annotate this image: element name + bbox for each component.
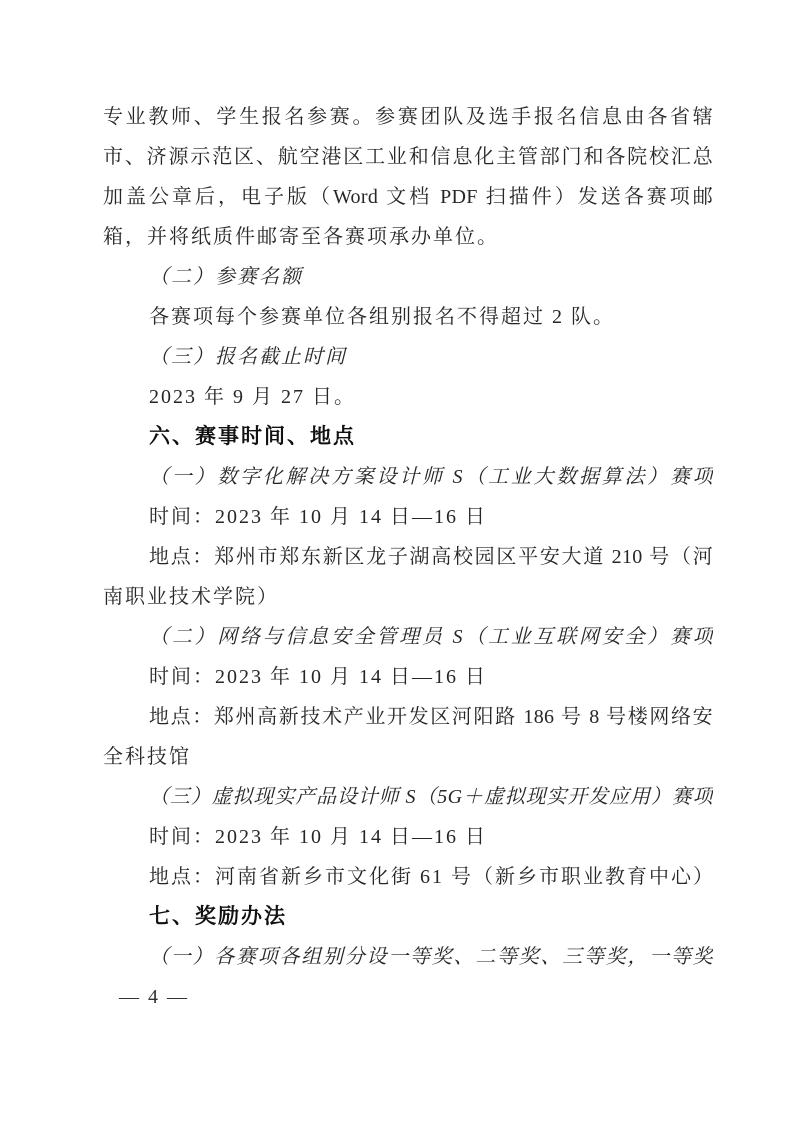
text-line: （三）虚拟现实产品设计师 S（5G＋虚拟现实开发应用）赛项 <box>103 777 713 817</box>
document-page: 专业教师、学生报名参赛。参赛团队及选手报名信息由各省辖市、济源示范区、航空港区工… <box>0 0 800 1131</box>
text-line: （三）报名截止时间 <box>103 337 713 377</box>
text-line: （二）网络与信息安全管理员 S（工业互联网安全）赛项 <box>103 617 713 657</box>
text-line: （二）参赛名额 <box>103 257 713 297</box>
text-line: 时间：2023 年 10 月 14 日—16 日 <box>103 497 713 537</box>
text-line: 时间：2023 年 10 月 14 日—16 日 <box>103 817 713 857</box>
text-line: 全科技馆 <box>103 737 713 777</box>
text-line: 六、赛事时间、地点 <box>103 417 713 457</box>
document-body: 专业教师、学生报名参赛。参赛团队及选手报名信息由各省辖市、济源示范区、航空港区工… <box>103 97 713 977</box>
text-line: 地点：郑州高新技术产业开发区河阳路 186 号 8 号楼网络安 <box>103 697 713 737</box>
text-line: （一）各赛项各组别分设一等奖、二等奖、三等奖，一等奖 <box>103 937 713 977</box>
text-line: 箱，并将纸质件邮寄至各赛项承办单位。 <box>103 217 713 257</box>
text-line: 市、济源示范区、航空港区工业和信息化主管部门和各院校汇总 <box>103 137 713 177</box>
text-line: 南职业技术学院） <box>103 577 713 617</box>
text-line: 时间：2023 年 10 月 14 日—16 日 <box>103 657 713 697</box>
text-line: 地点：河南省新乡市文化街 61 号（新乡市职业教育中心） <box>103 857 713 897</box>
page-number: — 4 — <box>119 977 713 1017</box>
text-line: 2023 年 9 月 27 日。 <box>103 377 713 417</box>
text-line: 专业教师、学生报名参赛。参赛团队及选手报名信息由各省辖 <box>103 97 713 137</box>
text-line: 加盖公章后，电子版（Word 文档 PDF 扫描件）发送各赛项邮 <box>103 177 713 217</box>
page-footer: — 4 — <box>103 977 713 1017</box>
text-line: 各赛项每个参赛单位各组别报名不得超过 2 队。 <box>103 297 713 337</box>
text-line: （一）数字化解决方案设计师 S（工业大数据算法）赛项 <box>103 457 713 497</box>
text-line: 地点：郑州市郑东新区龙子湖高校园区平安大道 210 号（河 <box>103 537 713 577</box>
text-line: 七、奖励办法 <box>103 897 713 937</box>
